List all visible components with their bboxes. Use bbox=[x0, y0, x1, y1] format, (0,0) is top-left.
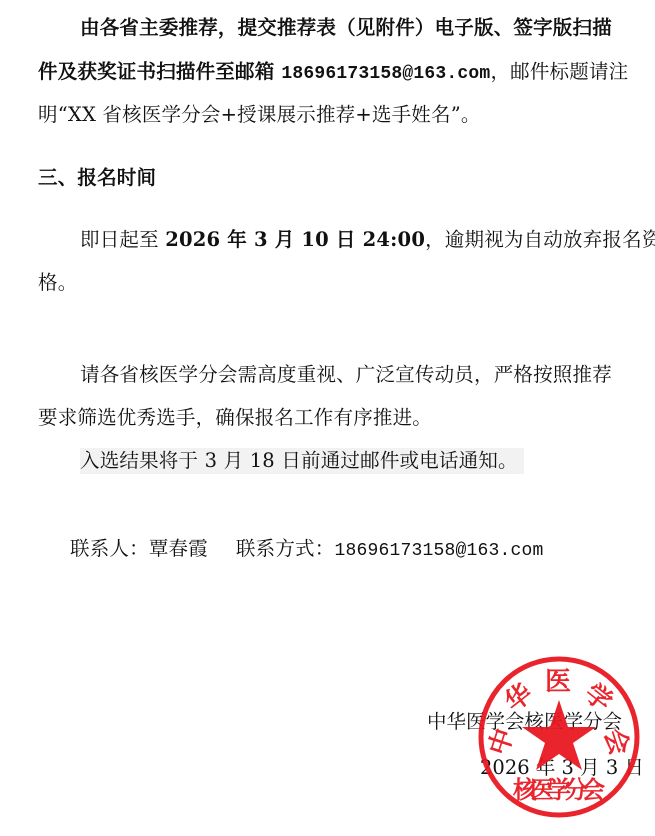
official-seal-icon: 中 华 医 学 会 核医学分会 bbox=[474, 654, 644, 824]
section-heading-registration-time: 三、报名时间 bbox=[38, 165, 156, 191]
contact-method-label: 联系方式： bbox=[236, 537, 335, 560]
requirements-line-1: 请各省核医学分会需高度重视、广泛宣传动员，严格按照推荐 bbox=[80, 362, 612, 388]
contact-person-label: 联系人： bbox=[70, 537, 149, 560]
submission-line-3: 明“XX 省核医学分会+授课展示推荐+选手姓名”。 bbox=[38, 102, 481, 128]
requirements-line-2: 要求筛选优秀选手，确保报名工作有序推进。 bbox=[38, 405, 432, 431]
signature-organization: 中华医学会核医学分会 bbox=[427, 709, 622, 735]
signature-date: 2026 年 3 月 3 日 bbox=[480, 755, 644, 781]
deadline-prefix: 即日起至 bbox=[80, 228, 165, 251]
submission-line-2: 件及获奖证书扫描件至邮箱 18696173158@163.com，邮件标题请注 bbox=[38, 59, 628, 85]
submission-line-1: 由各省主委推荐，提交推荐表（见附件）电子版、签字版扫描 bbox=[80, 15, 612, 41]
results-notice-line: 入选结果将于 3 月 18 日前通过邮件或电话通知。 bbox=[80, 448, 524, 474]
deadline-suffix: ，逾期视为自动放弃报名资 bbox=[425, 228, 655, 251]
contact-email: 18696173158@163.com bbox=[334, 541, 543, 561]
submission-email: 18696173158@163.com bbox=[281, 64, 490, 84]
submission-line-2-rest: ，邮件标题请注 bbox=[490, 60, 628, 83]
contact-person-name: 覃春霞 bbox=[149, 537, 208, 560]
seal-arc-char-3: 医 bbox=[545, 667, 571, 697]
deadline-line: 即日起至 2026 年 3 月 10 日 24:00，逾期视为自动放弃报名资 bbox=[80, 227, 655, 253]
contact-line: 联系人：覃春霞联系方式：18696173158@163.com bbox=[70, 536, 543, 562]
deadline-wrap-line: 格。 bbox=[38, 270, 77, 296]
deadline-datetime: 2026 年 3 月 10 日 24:00 bbox=[165, 228, 425, 251]
submission-line-2-bold: 件及获奖证书扫描件至邮箱 bbox=[38, 60, 281, 83]
